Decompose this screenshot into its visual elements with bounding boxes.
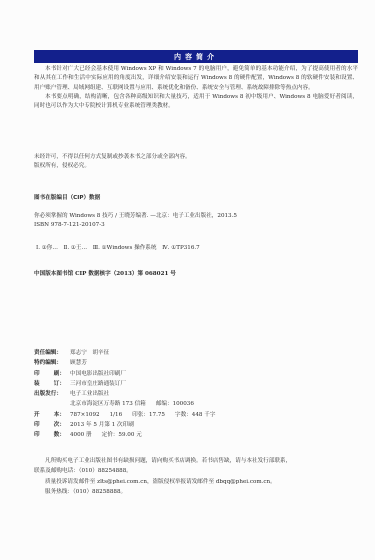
credit-label: 印 刷： <box>34 369 65 379</box>
cip-citation: 你必须掌握的 Windows 8 技巧 / 王晓芳编著. —北京：电子工业出版社… <box>34 212 358 221</box>
credit-label: 定价： <box>102 430 119 440</box>
credit-label-part: 订： <box>54 379 65 389</box>
credit-row-printing: 印 刷： 中国电影出版社印刷厂 <box>34 369 358 379</box>
credit-label: 装 订： <box>34 379 65 389</box>
credit-label: 印 次： <box>34 420 65 430</box>
credit-row-editors: 责任编辑： 郑志宁 胡辛征 <box>34 348 358 358</box>
credit-label: 邮编： <box>156 399 173 409</box>
copies-value: 4000 册 <box>70 430 92 440</box>
section-header-bar: 内容简介 <box>34 50 358 63</box>
publisher-address: 北京市海淀区万寿路 173 信箱 <box>70 399 146 409</box>
notice-line: 联系及邮购电话：（010）88254888。 <box>34 466 358 476</box>
format-size: 787×1092 <box>70 410 100 420</box>
postcode-value: 100036 <box>173 399 194 409</box>
cip-classification: Ⅰ. ①你… Ⅱ. ①王… Ⅲ. ①Windows 操作系统 Ⅳ. ①TP316… <box>36 244 360 253</box>
cip-heading: 图书在版编目（CIP）数据 <box>34 194 358 203</box>
credit-label-part: 本： <box>54 410 65 420</box>
credit-label-part: 装 <box>34 379 40 389</box>
summary-paragraph: 本书针对广大已经会基本使用 Windows XP 和 Windows 7 的电脑… <box>34 65 358 93</box>
credit-value: 2013 年 5 月第 1 次印刷 <box>70 420 134 430</box>
credit-label-part: 印 <box>34 430 40 440</box>
credit-value: 电子工业出版社 <box>70 389 109 399</box>
format-fold: 1/16 <box>110 410 123 420</box>
credit-label-part: 次： <box>54 420 65 430</box>
credit-value: 郑志宁 胡辛征 <box>70 348 109 358</box>
credit-label: 特约编辑： <box>34 358 70 368</box>
copyright-notice: 未经许可，不得以任何方式复制或抄袭本书之部分或全部内容。 版权所有，侵权必究。 <box>34 153 358 172</box>
cip-record: 你必须掌握的 Windows 8 技巧 / 王晓芳编著. —北京：电子工业出版社… <box>34 212 358 231</box>
credit-label-part: 印 <box>34 369 40 379</box>
credit-row-edition: 印 次： 2013 年 5 月第 1 次印刷 <box>34 420 358 430</box>
service-notice: 凡所购买电子工业出版社图书有缺损问题，请向购买书店调换。若书店售缺，请与本社发行… <box>34 456 358 497</box>
credit-label: 开 本： <box>34 410 65 420</box>
summary-paragraph: 本书要点明确，结构清晰，包含各种高级知识和大量技巧，适用于 Windows 8 … <box>34 93 358 112</box>
sheets-value: 17.75 <box>149 410 165 420</box>
words-value: 448 千字 <box>192 410 216 420</box>
credit-label-part: 刷： <box>54 369 65 379</box>
credit-row-format: 开 本： 787×1092 1/16 印张： 17.75 字数： 448 千字 <box>34 410 358 420</box>
credit-label: 责任编辑： <box>34 348 70 358</box>
credit-row-special-editor: 特约编辑： 顾慧芳 <box>34 358 358 368</box>
copyright-page: 内容简介 本书针对广大已经会基本使用 Windows XP 和 Windows … <box>0 0 375 560</box>
copyright-line: 未经许可，不得以任何方式复制或抄袭本书之部分或全部内容。 <box>34 153 358 162</box>
price-value: 59.00 元 <box>118 430 141 440</box>
credit-row-copies: 印 数： 4000 册 定价： 59.00 元 <box>34 430 358 440</box>
credit-label: 印张： <box>132 410 149 420</box>
section-title: 内容简介 <box>174 52 218 62</box>
cip-approval-number: 中国版本图书馆 CIP 数据核字（2013）第 068021 号 <box>34 270 358 279</box>
notice-line: 凡所购买电子工业出版社图书有缺损问题，请向购买书店调换。若书店售缺，请与本社发行… <box>34 456 358 466</box>
credit-value: 中国电影出版社印刷厂 <box>70 369 126 379</box>
credit-label-part: 数： <box>54 430 65 440</box>
credit-value: 顾慧芳 <box>70 358 87 368</box>
credit-label: 出版发行： <box>34 389 70 399</box>
book-summary: 本书针对广大已经会基本使用 Windows XP 和 Windows 7 的电脑… <box>34 65 358 111</box>
credit-value: 三河市皇庄路通装订厂 <box>70 379 126 389</box>
credit-label: 印 数： <box>34 430 65 440</box>
credit-label-part: 印 <box>34 420 40 430</box>
credit-label: 字数： <box>175 410 192 420</box>
notice-line: 质量投诉请发邮件至 zlts@phei.com.cn，盗版侵权举报请发邮件至 d… <box>34 477 358 487</box>
notice-line: 服务热线：（010）88258888。 <box>34 487 358 497</box>
credit-label-part: 开 <box>34 410 40 420</box>
publication-credits: 责任编辑： 郑志宁 胡辛征 特约编辑： 顾慧芳 印 刷： 中国电影出版社印刷厂 … <box>34 348 358 441</box>
cip-isbn: ISBN 978-7-121-20107-3 <box>34 221 358 230</box>
credit-row-address: 北京市海淀区万寿路 173 信箱 邮编： 100036 <box>34 399 358 409</box>
credit-row-binding: 装 订： 三河市皇庄路通装订厂 <box>34 379 358 389</box>
credit-row-publisher: 出版发行： 电子工业出版社 <box>34 389 358 399</box>
copyright-line: 版权所有，侵权必究。 <box>34 162 358 171</box>
